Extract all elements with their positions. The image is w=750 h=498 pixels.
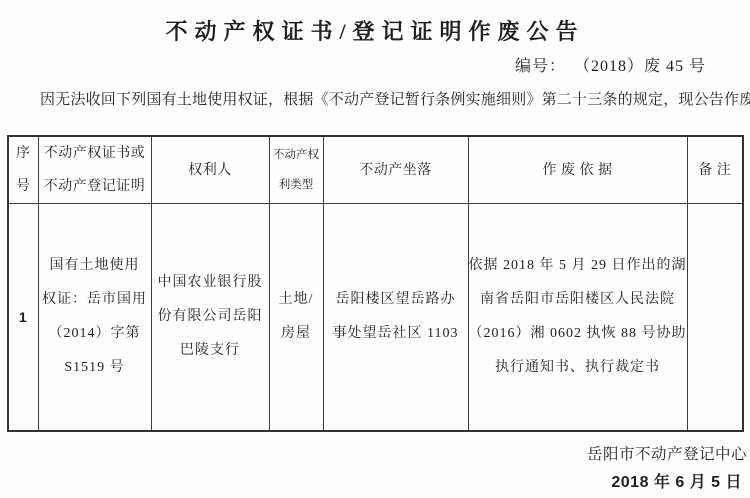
doc-number-value: （2018）废 45 号 [582, 58, 706, 75]
cell-remark [687, 204, 743, 431]
intro-paragraph: 因无法收回下列国有土地使用权证，根据《不动产登记暂行条例实施细则》第二十三条的规… [8, 90, 746, 110]
cell-cert-number: 国有土地使用 权证：岳市国用 （2014）字第 S1519 号 [38, 204, 151, 431]
invalidation-table: 序 号 不动产权证书或 不动产登记证明 权利人 不动产权 利类型 不动产坐落 作… [7, 135, 744, 432]
col-header-basis: 作 废 依 据 [468, 136, 687, 204]
col-header-holder: 权利人 [151, 136, 269, 204]
col-header-cert: 不动产权证书或 不动产登记证明 [38, 136, 151, 204]
table-header-row: 序 号 不动产权证书或 不动产登记证明 权利人 不动产权 利类型 不动产坐落 作… [8, 136, 743, 204]
cell-basis: 依据 2018 年 5 月 29 日作出的湖 南省岳阳市岳阳楼区人民法院 （20… [468, 204, 687, 431]
doc-number-line: 编号：（2018）废 45 号 [0, 56, 750, 78]
footer-date: 2018 年 6 月 5 日 [0, 472, 750, 493]
cell-right-type: 土地/ 房屋 [269, 204, 323, 431]
doc-number-label: 编号： [515, 58, 566, 75]
document-page: 不动产权证书/登记证明作废公告 编号：（2018）废 45 号 因无法收回下列国… [0, 0, 750, 498]
cell-location: 岳阳楼区望岳路办 事处望岳社区 1103 [323, 204, 468, 431]
col-header-location: 不动产坐落 [323, 136, 468, 204]
col-header-right-type: 不动产权 利类型 [269, 136, 323, 204]
col-header-seq: 序 号 [8, 136, 38, 204]
cell-seq: 1 [8, 204, 38, 431]
footer-issuer: 岳阳市不动产登记中心 [0, 445, 750, 465]
cell-holder: 中国农业银行股 份有限公司岳阳 巴陵支行 [151, 204, 269, 431]
table-row: 1 国有土地使用 权证：岳市国用 （2014）字第 S1519 号 中国农业银行… [8, 204, 743, 431]
col-header-remark: 备 注 [687, 136, 743, 204]
page-title: 不动产权证书/登记证明作废公告 [0, 0, 750, 48]
